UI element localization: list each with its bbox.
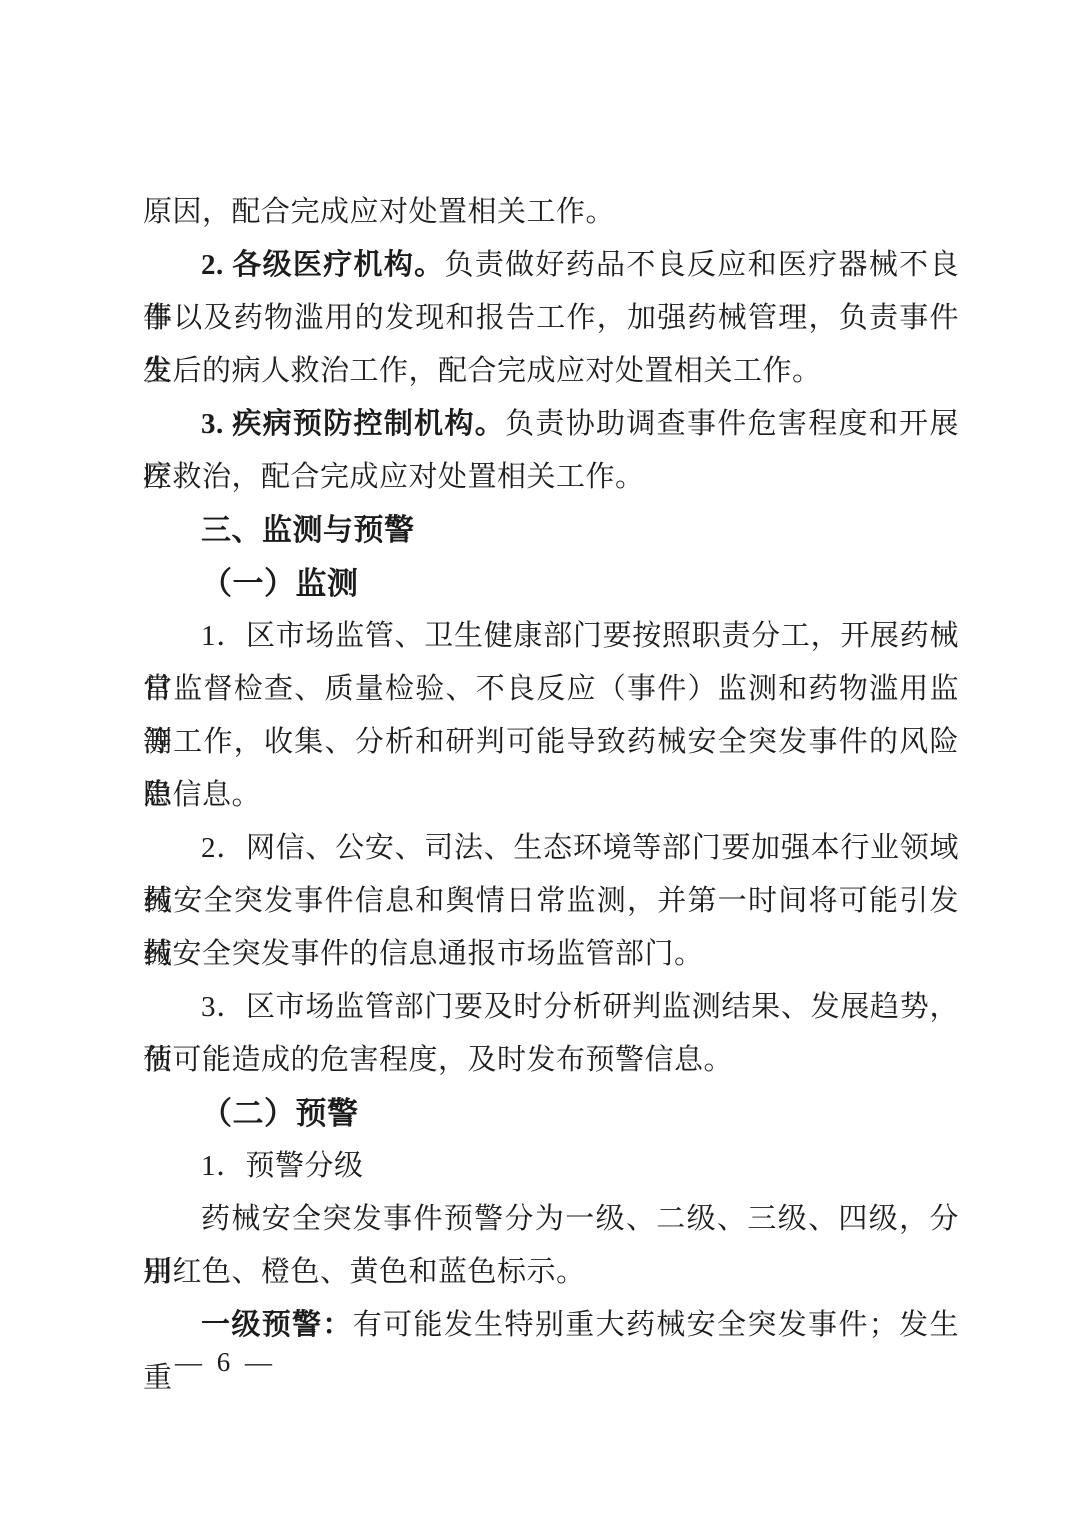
text-run: 生后的病人救治工作，配合完成应对处置相关工作。 (143, 355, 822, 387)
text-run: 患信息。 (143, 779, 261, 811)
text-run: 疗救治，配合完成应对处置相关工作。 (143, 461, 645, 493)
emphasized-text-run: （二）预警 (201, 1096, 359, 1131)
page-footer: — 6 — (175, 1344, 276, 1380)
document-body: 原因，配合完成应对处置相关工作。2. 各级医疗机构。负责做好药品不良反应和医疗器… (143, 186, 959, 1352)
subsection-heading-monitoring: （一）监测 (143, 557, 959, 610)
body-line: 械安全突发事件信息和舆情日常监测，并第一时间将可能引发药 (143, 875, 959, 928)
text-run: 用红色、橙色、黄色和蓝色标示。 (143, 1256, 586, 1288)
body-line: 药械安全突发事件预警分为一级、二级、三级、四级，分别 (143, 1193, 959, 1246)
page-number: — 6 — (175, 1347, 276, 1377)
body-line: 1．区市场监管、卫生健康部门要按照职责分工，开展药械日 (143, 610, 959, 663)
body-line: 2. 各级医疗机构。负责做好药品不良反应和医疗器械不良事 (143, 239, 959, 292)
emphasized-text-run: 一级预警： (201, 1309, 353, 1341)
body-line: 患信息。 (143, 769, 959, 822)
body-line: 疗救治，配合完成应对处置相关工作。 (143, 451, 959, 504)
text-run: 估可能造成的危害程度，及时发布预警信息。 (143, 1044, 733, 1076)
text-run: 械安全突发事件的信息通报市场监管部门。 (143, 938, 704, 970)
body-line: 械安全突发事件的信息通报市场监管部门。 (143, 928, 959, 981)
section-heading-monitoring-and-warning: 三、监测与预警 (143, 504, 959, 557)
document-page: 原因，配合完成应对处置相关工作。2. 各级医疗机构。负责做好药品不良反应和医疗器… (0, 0, 1074, 1520)
body-line: 3. 疾病预防控制机构。负责协助调查事件危害程度和开展医 (143, 398, 959, 451)
body-line: 等工作，收集、分析和研判可能导致药械安全突发事件的风险隐 (143, 716, 959, 769)
subsection-heading-warning: （二）预警 (143, 1087, 959, 1140)
body-line: 件以及药物滥用的发现和报告工作，加强药械管理，负责事件发 (143, 292, 959, 345)
body-line: 2．网信、公安、司法、生态环境等部门要加强本行业领域药 (143, 822, 959, 875)
emphasized-text-run: 三、监测与预警 (201, 514, 415, 547)
text-run: 1．预警分级 (201, 1150, 364, 1182)
body-line: 1．预警分级 (143, 1140, 959, 1193)
body-line: 用红色、橙色、黄色和蓝色标示。 (143, 1246, 959, 1299)
text-run: 原因，配合完成应对处置相关工作。 (143, 196, 615, 228)
body-line: 估可能造成的危害程度，及时发布预警信息。 (143, 1034, 959, 1087)
body-line: 3．区市场监管部门要及时分析研判监测结果、发展趋势，预 (143, 981, 959, 1034)
body-line: 常监督检查、质量检验、不良反应（事件）监测和药物滥用监测 (143, 663, 959, 716)
emphasized-text-run: 3. 疾病预防控制机构。 (201, 408, 505, 440)
emphasized-text-run: （一）监测 (201, 566, 359, 601)
body-line: 原因，配合完成应对处置相关工作。 (143, 186, 959, 239)
body-line: 生后的病人救治工作，配合完成应对处置相关工作。 (143, 345, 959, 398)
emphasized-text-run: 2. 各级医疗机构。 (201, 249, 445, 281)
